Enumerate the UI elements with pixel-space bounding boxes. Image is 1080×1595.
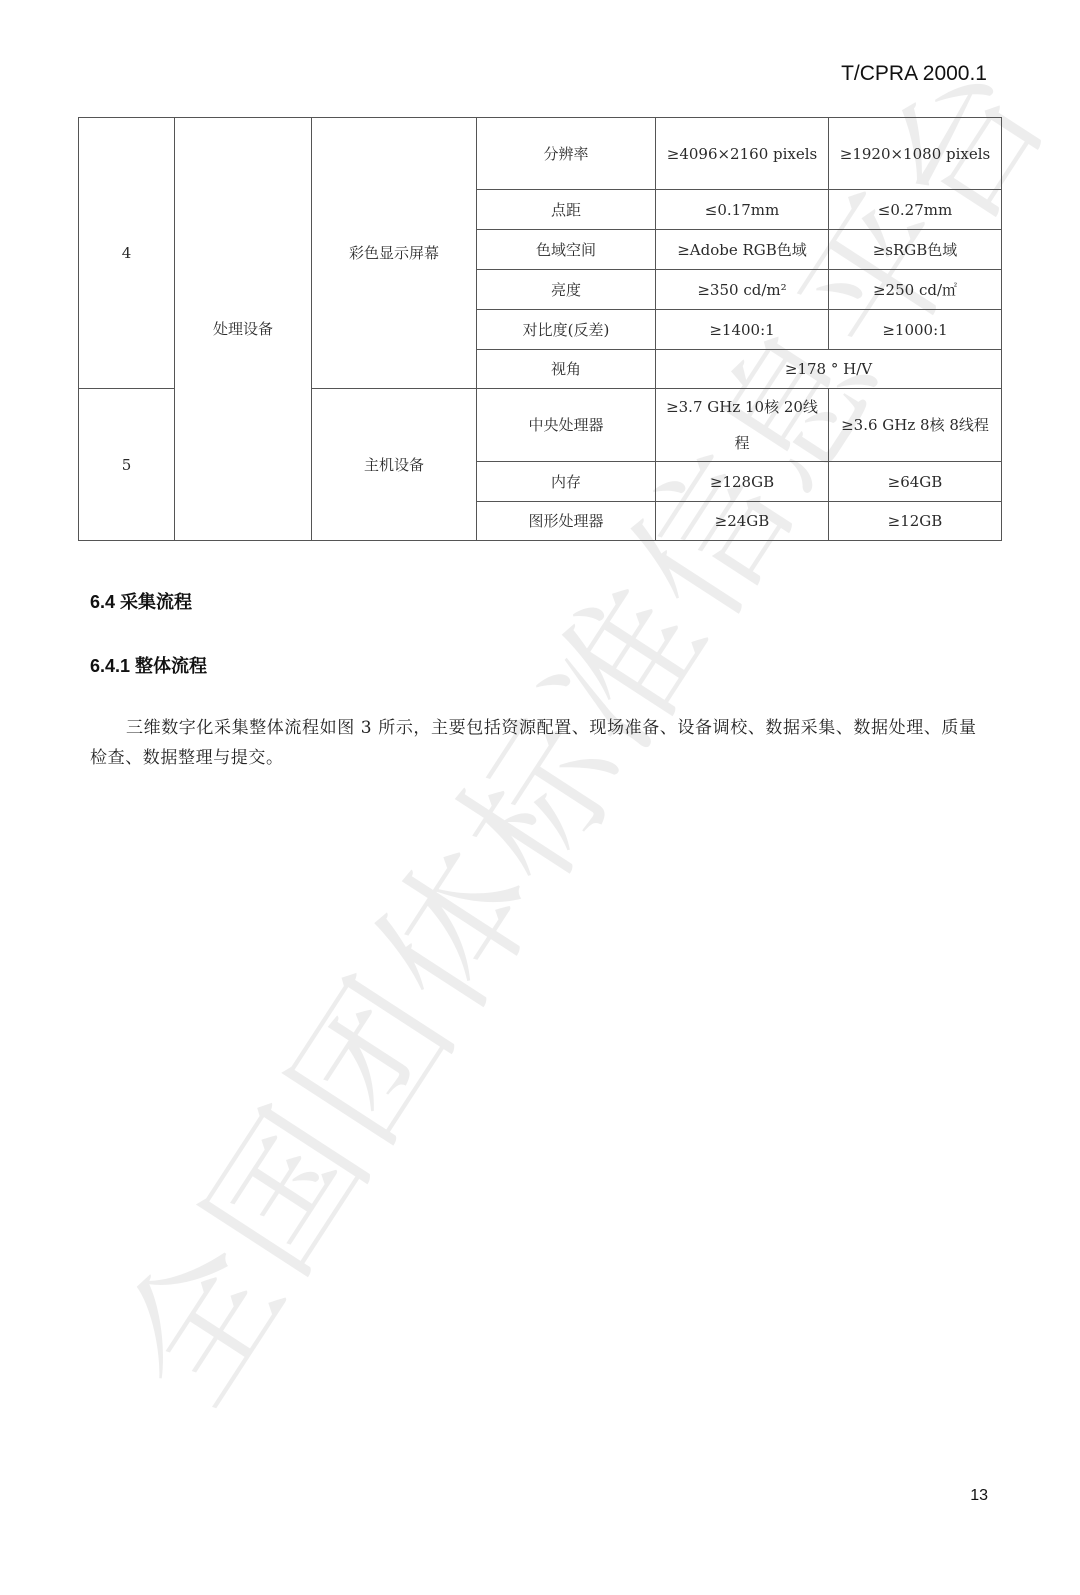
section-heading-6-4-1: 6.4.1 整体流程	[90, 652, 207, 678]
std-spec-cell: ≥1920×1080 pixels	[829, 118, 1002, 190]
high-spec-cell: ≥1400:1	[656, 310, 829, 350]
param-cell: 点距	[477, 190, 656, 230]
high-spec-cell: ≥128GB	[656, 462, 829, 502]
std-spec-cell: ≥250 cd/㎡	[829, 270, 1002, 310]
param-cell: 亮度	[477, 270, 656, 310]
high-spec-cell: ≥3.7 GHz 10核 20线程	[656, 389, 829, 462]
std-spec-cell: ≥12GB	[829, 502, 1002, 541]
high-spec-cell: ≥Adobe RGB色域	[656, 230, 829, 270]
param-cell: 内存	[477, 462, 656, 502]
high-spec-cell: ≤0.17mm	[656, 190, 829, 230]
param-cell: 中央处理器	[477, 389, 656, 462]
body-paragraph: 三维数字化采集整体流程如图 3 所示，主要包括资源配置、现场准备、设备调校、数据…	[90, 713, 990, 773]
std-spec-cell: ≤0.27mm	[829, 190, 1002, 230]
device-cell: 彩色显示屏幕	[312, 118, 477, 389]
std-spec-cell: ≥sRGB色域	[829, 230, 1002, 270]
param-cell: 视角	[477, 350, 656, 389]
param-cell: 分辨率	[477, 118, 656, 190]
category-cell: 处理设备	[175, 118, 312, 541]
high-spec-cell: ≥350 cd/m²	[656, 270, 829, 310]
table-row: 4 处理设备 彩色显示屏幕 分辨率 ≥4096×2160 pixels ≥192…	[79, 118, 1002, 190]
std-spec-cell: ≥3.6 GHz 8核 8线程	[829, 389, 1002, 462]
equipment-spec-table: 4 处理设备 彩色显示屏幕 分辨率 ≥4096×2160 pixels ≥192…	[78, 117, 1002, 541]
merged-spec-cell: ≥178 ° H/V	[656, 350, 1002, 389]
param-cell: 色域空间	[477, 230, 656, 270]
row-number: 4	[79, 118, 175, 389]
device-cell: 主机设备	[312, 389, 477, 541]
std-spec-cell: ≥1000:1	[829, 310, 1002, 350]
std-spec-cell: ≥64GB	[829, 462, 1002, 502]
row-number: 5	[79, 389, 175, 541]
document-code: T/CPRA 2000.1	[841, 62, 987, 86]
high-spec-cell: ≥24GB	[656, 502, 829, 541]
high-spec-cell: ≥4096×2160 pixels	[656, 118, 829, 190]
page-number: 13	[970, 1487, 988, 1505]
param-cell: 图形处理器	[477, 502, 656, 541]
section-heading-6-4: 6.4 采集流程	[90, 588, 192, 614]
param-cell: 对比度(反差)	[477, 310, 656, 350]
